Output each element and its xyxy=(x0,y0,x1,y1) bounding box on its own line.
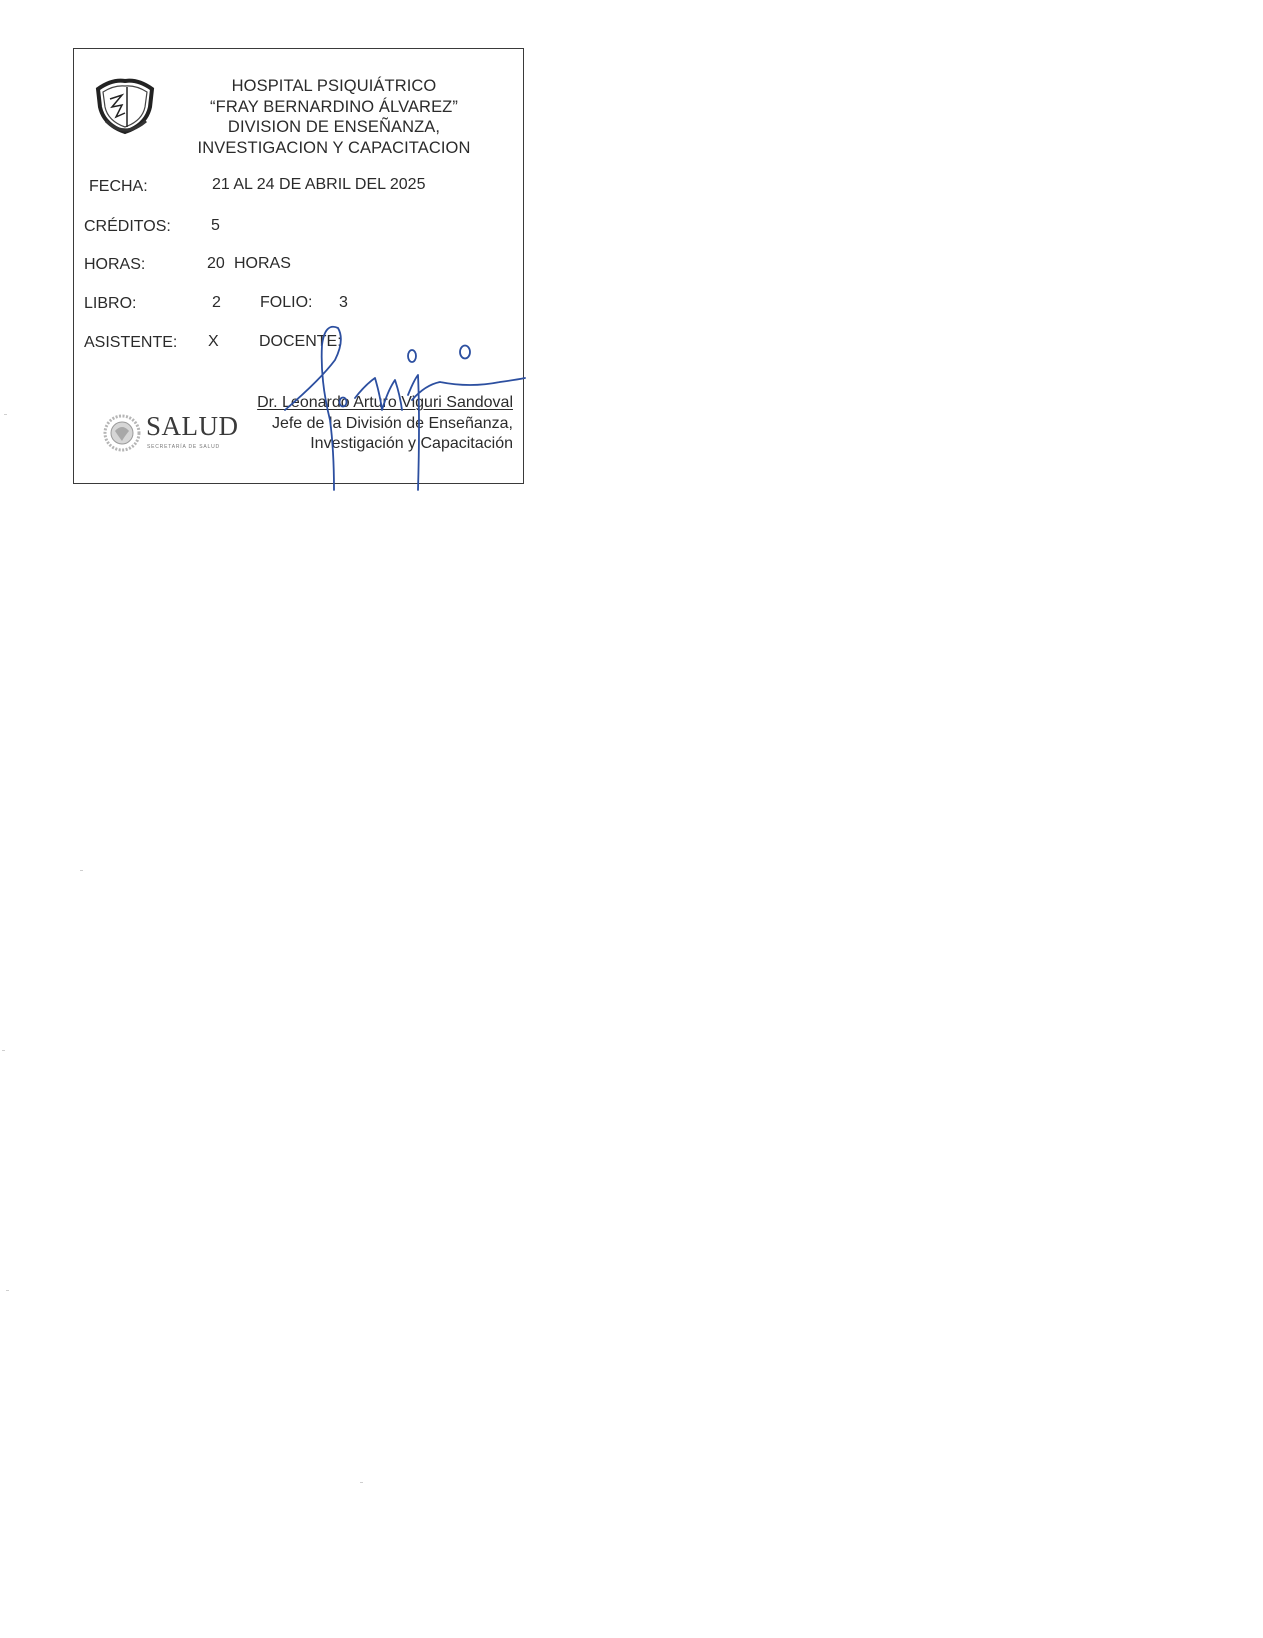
creditos-label: CRÉDITOS: xyxy=(84,218,171,236)
scan-speck xyxy=(360,1482,363,1483)
scan-speck xyxy=(2,1050,5,1051)
fecha-value: 21 AL 24 DE ABRIL DEL 2025 xyxy=(212,176,425,194)
scan-speck xyxy=(4,414,7,415)
libro-value: 2 xyxy=(212,294,221,312)
constancia-card: HOSPITAL PSIQUIÁTRICO “FRAY BERNARDINO Á… xyxy=(73,48,524,484)
mexico-coat-of-arms-icon xyxy=(102,407,142,459)
scan-speck xyxy=(80,870,83,871)
horas-label: HORAS: xyxy=(84,256,145,274)
asistente-label: ASISTENTE: xyxy=(84,334,177,352)
horas-value: 20 xyxy=(207,255,225,273)
signer-title-line-2: Investigación y Capacitación xyxy=(257,434,513,455)
salud-sublabel: SECRETARÍA DE SALUD xyxy=(147,444,220,450)
salud-logo: SALUD SECRETARÍA DE SALUD xyxy=(102,407,232,463)
header-line-3: DIVISION DE ENSEÑANZA, xyxy=(174,117,494,138)
asistente-value: X xyxy=(208,333,219,351)
signer-block: Dr. Leonardo Arturo Viguri Sandoval Jefe… xyxy=(257,393,513,455)
institution-header: HOSPITAL PSIQUIÁTRICO “FRAY BERNARDINO Á… xyxy=(174,76,494,158)
signer-title-line-1: Jefe de la División de Enseñanza, xyxy=(257,414,513,435)
header-line-2: “FRAY BERNARDINO ÁLVAREZ” xyxy=(174,97,494,118)
horas-unit: HORAS xyxy=(234,255,291,273)
scan-speck xyxy=(6,1290,9,1291)
folio-label: FOLIO: xyxy=(260,294,312,312)
header-line-4: INVESTIGACION Y CAPACITACION xyxy=(174,138,494,159)
hospital-shield-logo-icon xyxy=(92,77,158,135)
salud-label: SALUD xyxy=(146,411,239,442)
folio-value: 3 xyxy=(339,294,348,312)
signer-name: Dr. Leonardo Arturo Viguri Sandoval xyxy=(257,393,513,414)
creditos-value: 5 xyxy=(211,217,220,235)
header-line-1: HOSPITAL PSIQUIÁTRICO xyxy=(174,76,494,97)
fecha-label: FECHA: xyxy=(89,178,148,196)
libro-label: LIBRO: xyxy=(84,295,136,313)
docente-label: DOCENTE: xyxy=(259,333,342,351)
